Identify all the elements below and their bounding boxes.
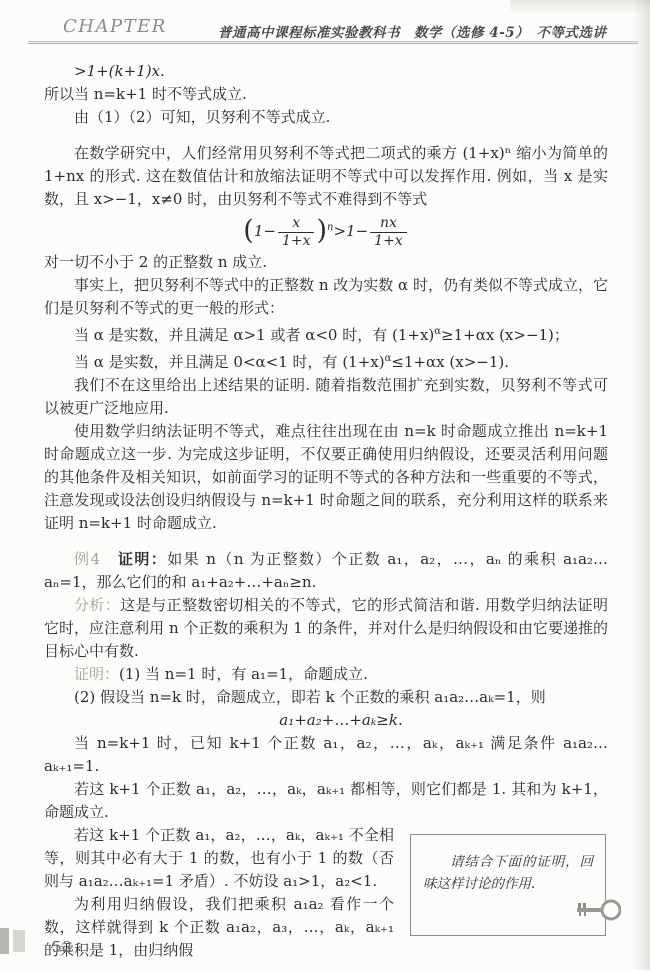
- header-rule: [28, 41, 638, 44]
- alpha-case-2-post: ≤1+αx (x>−1).: [391, 353, 509, 371]
- alpha-case-1: 当 α 是实数，并且满足 α>1 或者 α<0 时，有 (1+x)α≥1+αx …: [44, 320, 608, 347]
- textbook-page: CHAPTER 普通高中课程标准实验教科书 数学（选修 4-5） 不等式选讲 >…: [0, 0, 650, 970]
- page-body: >1+(k+1)x. 所以当 n=k+1 时不等式成立. 由（1）（2）可知，贝…: [44, 60, 608, 962]
- binding-mark: [13, 930, 25, 952]
- proof-display-formula: a₁+a₂+…+aₖ≥k.: [44, 709, 608, 732]
- open-paren: (: [243, 215, 254, 246]
- example-keyword: 证明：: [118, 550, 167, 568]
- margin-note-box: 请结合下面的证明，回味这样讨论的作用.: [410, 834, 606, 936]
- proof-paragraph-3: 当 n=k+1 时，已知 k+1 个正数 a₁，a₂，…，aₖ，aₖ₊₁ 满足条…: [44, 732, 608, 778]
- proof-paragraph-4: 若这 k+1 个正数 a₁，a₂，…，aₖ，aₖ₊₁ 都相等，则它们都是 1. …: [44, 778, 608, 824]
- bernoulli-display-formula: (1−x1+x)n>1−nx1+x: [44, 215, 608, 248]
- proof-step-2: (2) 假设当 n=k 时，命题成立，即若 k 个正数的乘积 a₁a₂…aₖ=1…: [44, 686, 608, 709]
- analysis-text: 这是与正整数密切相关的不等式，它的形式简洁和谐. 用数学归纳法证明它时，应注意利…: [44, 596, 608, 660]
- alpha-case-2: 当 α 是实数，并且满足 0<α<1 时，有 (1+x)α≤1+αx (x>−1…: [44, 347, 608, 374]
- alpha-case-1-pre: 当 α 是实数，并且满足 α>1 或者 α<0 时，有 (1+x): [74, 326, 434, 344]
- analysis-paragraph: 分析：这是与正整数密切相关的不等式，它的形式简洁和谐. 用数学归纳法证明它时，应…: [44, 594, 608, 663]
- lhs-pre: 1−: [254, 222, 276, 240]
- book-title: 普通高中课程标准实验教科书 数学（选修 4-5） 不等式选讲: [218, 21, 606, 41]
- close-paren: ): [316, 215, 327, 246]
- rhs-fraction: nx1+x: [370, 216, 407, 248]
- margin-note-text: 请结合下面的证明，回味这样讨论的作用.: [423, 851, 593, 895]
- example-statement: 例4 证明：如果 n（n 为正整数）个正数 a₁，a₂，…，aₙ 的乘积 a₁a…: [44, 548, 608, 594]
- section-gap: [44, 535, 608, 548]
- lhs-denominator: 1+x: [278, 233, 315, 249]
- wrap-section: 请结合下面的证明，回味这样讨论的作用. 若这 k+1 个正数 a₁，a₂，…，a…: [44, 824, 608, 962]
- equation-continuation: >1+(k+1)x.: [44, 60, 608, 83]
- paragraph-no-proof: 我们不在这里给出上述结果的证明. 随着指数范围扩充到实数，贝努利不等式可以被更广…: [44, 374, 608, 420]
- paragraph-holds: 对一切不小于 2 的正整数 n 成立.: [44, 251, 608, 274]
- page-header: CHAPTER 普通高中课程标准实验教科书 数学（选修 4-5） 不等式选讲: [0, 0, 650, 46]
- paragraph-research: 在数学研究中，人们经常用贝努利不等式把二项式的乘方 (1+x)ⁿ 缩小为简单的 …: [44, 142, 608, 211]
- paragraph-induction: 使用数学归纳法证明不等式，难点往往出现在由 n=k 时命题成立推出 n=k+1 …: [44, 420, 608, 535]
- analysis-label: 分析：: [74, 596, 120, 614]
- rhs-pre: >1−: [333, 222, 368, 240]
- scan-edge-shade: [632, 0, 650, 970]
- alpha-case-2-pre: 当 α 是实数，并且满足 0<α<1 时，有 (1+x): [74, 353, 385, 371]
- alpha-case-1-post: ≥1+αx (x>−1)；: [441, 326, 569, 344]
- page-number: 52: [52, 938, 73, 956]
- key-icon: [575, 896, 621, 929]
- rhs-numerator: nx: [370, 216, 407, 233]
- proof-step-1: 证明：(1) 当 n=1 时，有 a₁=1，命题成立.: [44, 663, 608, 686]
- conclusion-line-2: 由（1）（2）可知，贝努利不等式成立.: [44, 106, 608, 129]
- conclusion-line-1: 所以当 n=k+1 时不等式成立.: [44, 83, 608, 106]
- lhs-numerator: x: [278, 216, 315, 233]
- chapter-label: CHAPTER: [63, 16, 167, 37]
- lhs-fraction: x1+x: [278, 216, 315, 248]
- paragraph-fact: 事实上，把贝努利不等式中的正整数 n 改为实数 α 时，仍有类似不等式成立，它们…: [44, 274, 608, 320]
- binding-mark: [0, 928, 9, 954]
- example-label: 例4: [74, 550, 100, 568]
- rhs-denominator: 1+x: [370, 233, 407, 249]
- section-gap: [44, 129, 608, 142]
- proof-label: 证明：: [74, 665, 119, 683]
- proof-step-1-text: (1) 当 n=1 时，有 a₁=1，命题成立.: [119, 665, 368, 683]
